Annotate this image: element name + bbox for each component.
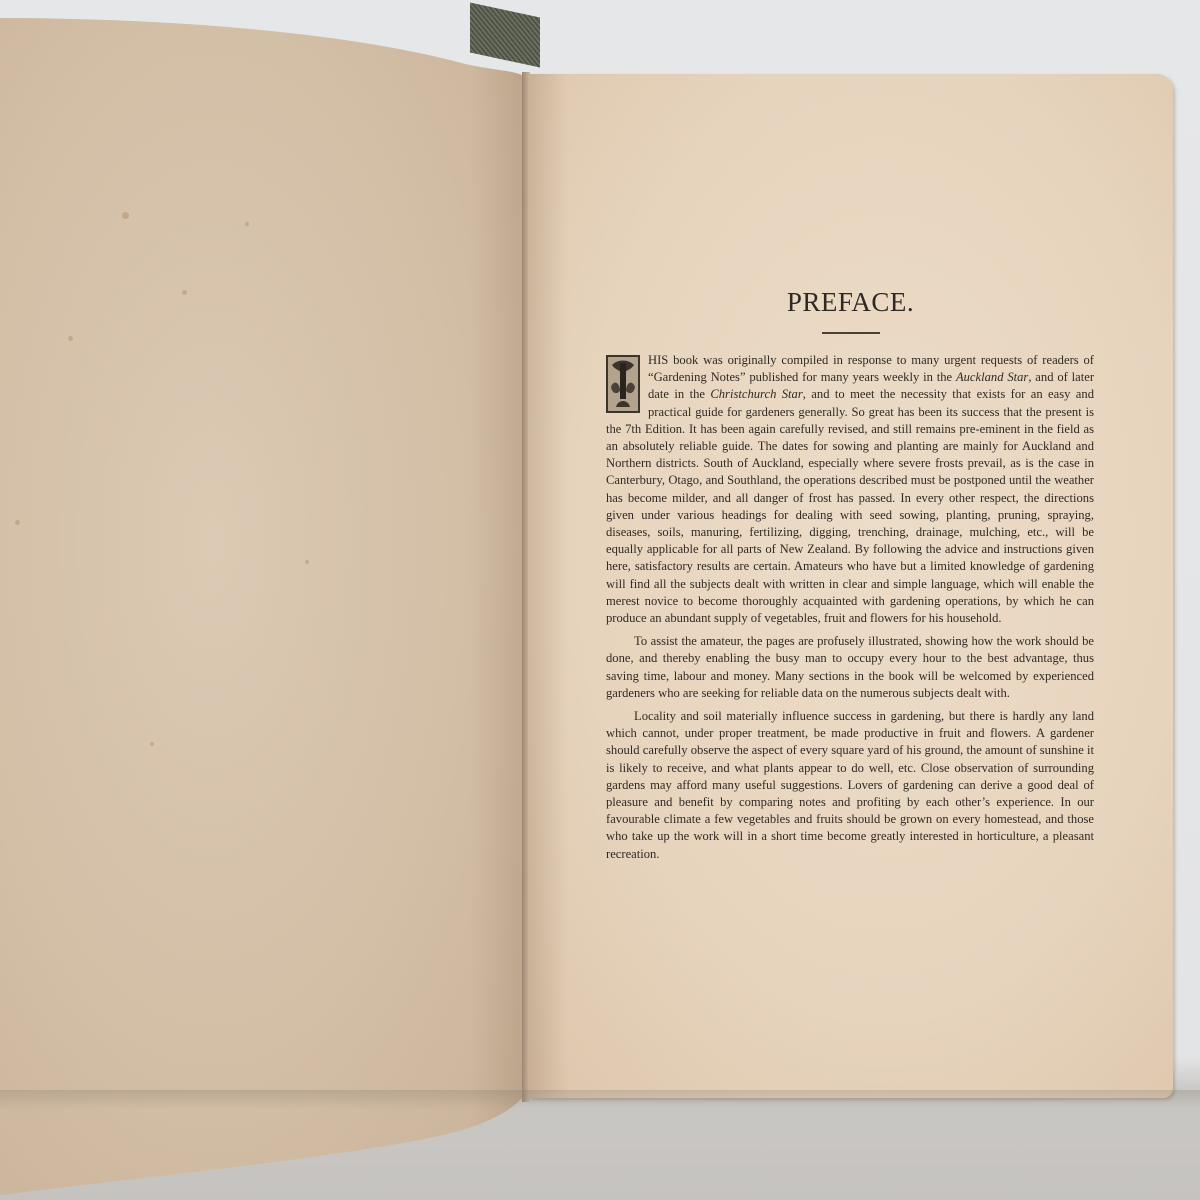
page-title: PREFACE. xyxy=(528,287,1173,318)
publication-name: Auckland Star xyxy=(956,370,1028,384)
foxing-spot xyxy=(305,560,309,564)
foxing-spot xyxy=(245,222,249,226)
foxing-spot xyxy=(150,742,154,746)
title-rule-divider xyxy=(822,332,880,334)
book-cover-cloth xyxy=(470,3,540,68)
paragraph-1: HIS book was originally compiled in resp… xyxy=(606,352,1094,627)
foxing-spot xyxy=(182,290,187,295)
paragraph-2: To assist the amateur, the pages are pro… xyxy=(606,633,1094,702)
ornamental-drop-cap-icon xyxy=(606,355,640,413)
preface-body: HIS book was originally compiled in resp… xyxy=(606,352,1094,869)
foxing-spot xyxy=(68,336,73,341)
publication-name: Christchurch Star xyxy=(710,387,802,401)
paragraph-3: Locality and soil materially influence s… xyxy=(606,708,1094,863)
left-page-gutter-shade xyxy=(470,0,530,1200)
foxing-spot xyxy=(122,212,129,219)
right-page: PREFACE. HIS book was originally compile… xyxy=(528,74,1173,1098)
left-page-blank xyxy=(0,0,530,1200)
right-page-gutter-shade xyxy=(528,74,568,1098)
foxing-spot xyxy=(15,520,20,525)
table-surface xyxy=(0,1090,1200,1110)
